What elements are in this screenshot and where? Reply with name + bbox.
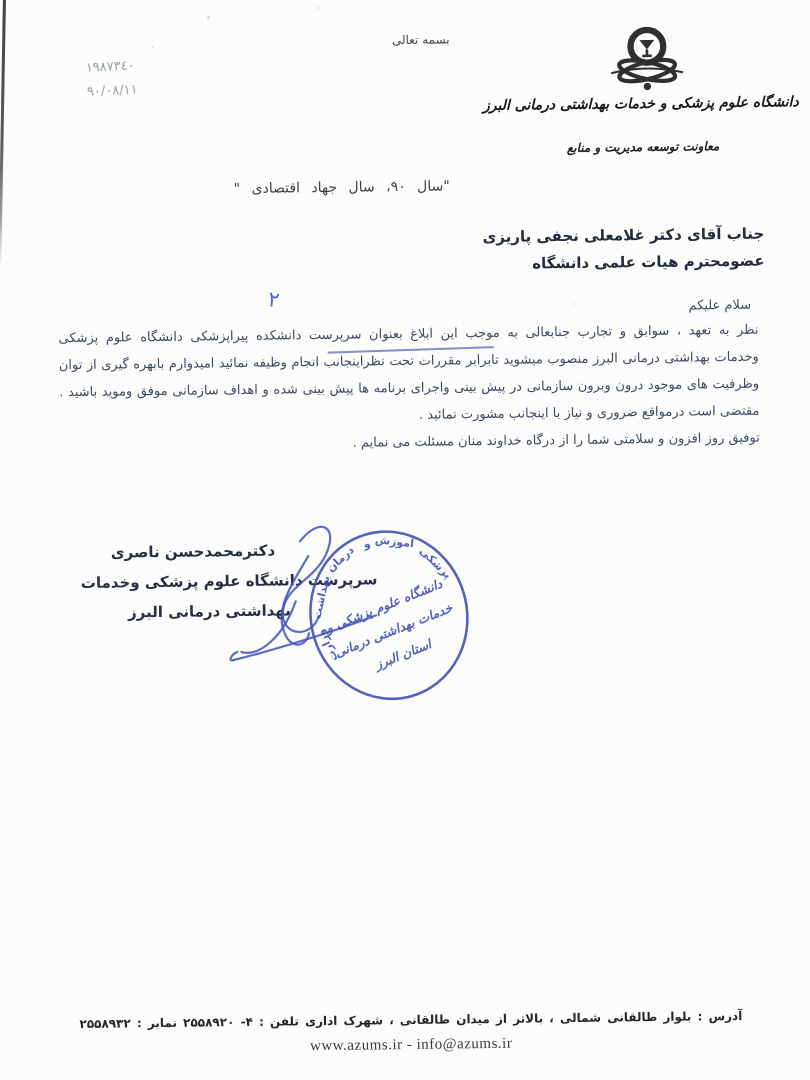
department-name: معاونت توسعه مدیریت و منابع — [567, 139, 720, 155]
reference-number: ۱۹۸۷۳٤۰ — [85, 54, 137, 80]
footer-web-line: www.azums.ir - info@azums.ir — [6, 1032, 810, 1059]
letter-body: نظر به تعهد ، سوابق و تجارب جنابعالی به … — [58, 317, 760, 461]
scanned-letter-page: ۱۹۸۷۳٤۰ ۹۰/۰۸/۱۱ بسمه تعالی دانشگ — [0, 0, 810, 1080]
stamp-arc-word: و — [361, 537, 373, 552]
recipient-title: عضومحترم هیات علمی دانشگاه — [483, 248, 765, 278]
bismillah-text: بسمه تعالی — [392, 32, 450, 47]
footer-address-line: آدرس : بلوار طالقانی شمالی ، بالاتر از م… — [6, 1008, 810, 1032]
university-emblem-logo — [596, 20, 703, 97]
greeting: سلام علیکم — [688, 298, 751, 314]
handwritten-number-mark: ۲ — [266, 287, 281, 312]
year-slogan: "سال ۹۰، سال جهاد اقتصادی " — [234, 178, 450, 197]
university-emblem-icon — [596, 20, 703, 97]
letter-date: ۹۰/۰۸/۱۱ — [86, 78, 138, 104]
stamp-arc-word: بهداشت — [310, 574, 332, 620]
recipient-block: جناب آقای دکتر غلامعلی نجفی پاریزی عضومح… — [482, 221, 764, 278]
ref-block: ۱۹۸۷۳٤۰ ۹۰/۰۸/۱۱ — [85, 54, 138, 104]
letter-content: ۱۹۸۷۳٤۰ ۹۰/۰۸/۱۱ بسمه تعالی دانشگ — [0, 0, 810, 1080]
org-name: دانشگاه علوم پزشکی و خدمات بهداشتی درمان… — [483, 94, 799, 114]
recipient-name: جناب آقای دکتر غلامعلی نجفی پاریزی — [482, 221, 764, 251]
